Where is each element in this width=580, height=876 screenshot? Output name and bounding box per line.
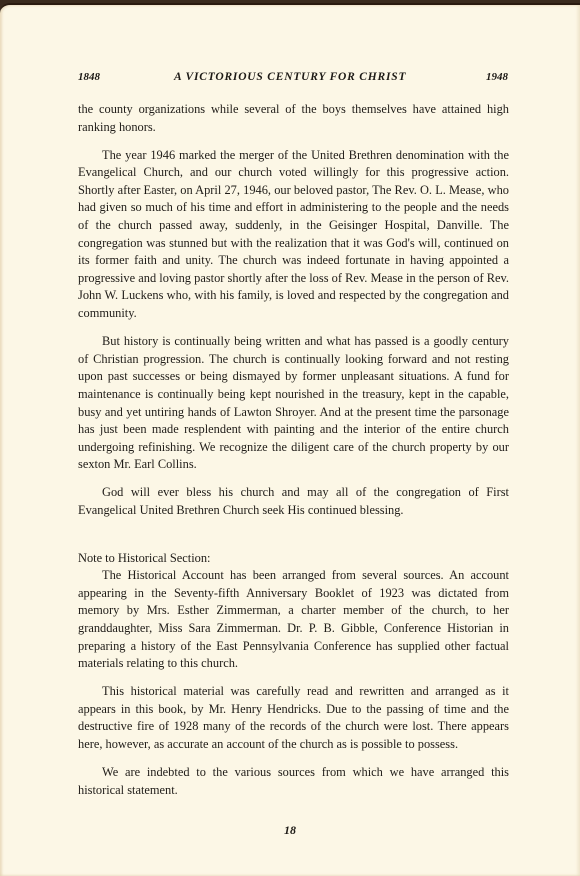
paragraph-blessing: God will ever bless his church and may a… (78, 484, 509, 519)
running-head-year-right: 1948 (486, 71, 508, 83)
note-paragraph-sources: The Historical Account has been arranged… (78, 567, 509, 673)
running-head: 1848 A VICTORIOUS CENTURY FOR CHRIST 194… (78, 71, 508, 87)
paragraph-merger-1946: The year 1946 marked the merger of the U… (78, 147, 509, 323)
note-heading: Note to Historical Section: (78, 550, 509, 568)
running-head-title: A VICTORIOUS CENTURY FOR CHRIST (174, 71, 406, 83)
note-paragraph-indebted: We are indebted to the various sources f… (78, 764, 509, 799)
paragraph-history-progression: But history is continually being written… (78, 333, 509, 474)
body-text: the county organizations while several o… (78, 101, 509, 810)
page-number: 18 (0, 823, 580, 838)
book-page: 1848 A VICTORIOUS CENTURY FOR CHRIST 194… (0, 3, 580, 876)
paragraph-continuation: the county organizations while several o… (78, 101, 509, 136)
note-paragraph-rewritten: This historical material was carefully r… (78, 683, 509, 753)
running-head-year-left: 1848 (78, 71, 100, 83)
